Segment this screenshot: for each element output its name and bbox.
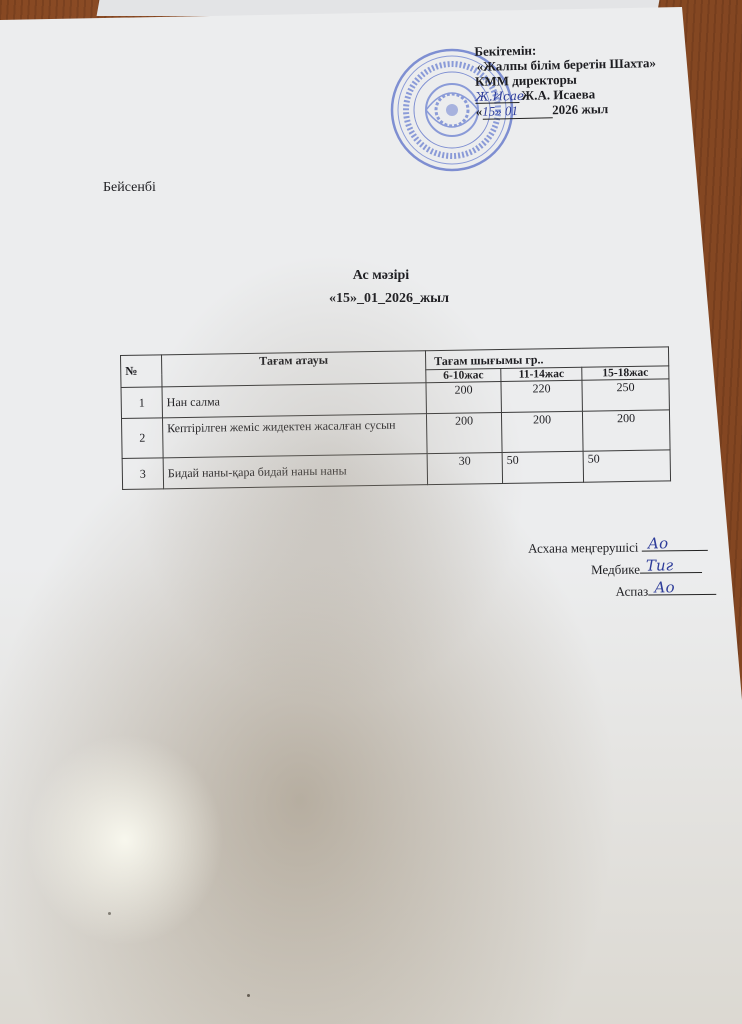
header-age-6-10: 6-10жас [426,369,501,383]
signature-row-cook: АспазАо [480,580,730,605]
header-number: № [121,355,162,388]
dish-name: Бидай наны-қара бидай наны наны [163,454,427,489]
director-name: Ж.А. Исаева [521,86,595,103]
handwritten-signature: Тиг [646,556,673,574]
approval-date-handwritten: 15» 01 [482,102,552,119]
signature-role: Асхана меңгерушісі [528,540,639,556]
approval-year: 2026 жыл [552,101,608,117]
dish-name: Нан салма [162,383,426,418]
row-number: 1 [121,387,162,419]
day-of-week: Бейсенбі [103,180,156,196]
director-signature: Ж.Исае [475,90,519,104]
portion-6-10: 30 [427,453,502,485]
menu-document-page: Бекітемін: «Жалпы білім беретін Шахта» К… [0,0,742,1024]
dish-name: Кептірілген жеміс жидектен жасалған сусы… [162,414,427,458]
approval-block: Бекітемін: «Жалпы білім беретін Шахта» К… [474,40,657,120]
approval-date-line: «15» 012026 жыл [475,100,657,120]
paper-speck [108,912,111,915]
document-date: «15»_01_2026_жыл [18,291,742,307]
paper-speck [247,994,250,997]
portion-11-14: 220 [501,380,582,412]
signature-role: Аспаз [615,584,648,599]
row-number: 2 [121,418,163,459]
handwritten-signature: Ао [648,534,669,552]
portion-15-18: 200 [582,410,670,451]
signature-row-kitchen-head: Асхана меңгерушісі Ао [480,536,730,561]
signatures-block: Асхана меңгерушісі Ао МедбикеТиг АспазАо [480,536,731,605]
signature-line: Ао [642,536,708,552]
portion-15-18: 250 [582,379,669,411]
signature-row-nurse: МедбикеТиг [480,558,730,583]
menu-table: № Тағам атауы Тағам шығымы гр.. 6-10жас … [120,346,671,490]
signature-line: Ао [648,580,716,596]
portion-6-10: 200 [426,382,501,414]
header-age-11-14: 11-14жас [501,367,582,381]
portion-15-18: 50 [583,450,670,482]
signature-role: Медбике [591,562,640,578]
hand-shadow-overlay [0,0,742,1024]
portion-6-10: 200 [426,413,502,454]
document-title: Ас мәзірі [10,268,742,284]
portion-11-14: 50 [502,451,583,483]
header-dish-name: Тағам атауы [162,351,426,387]
signature-line: Тиг [640,558,702,574]
handwritten-signature: Ао [654,578,675,596]
row-number: 3 [122,458,163,490]
portion-11-14: 200 [501,411,583,452]
